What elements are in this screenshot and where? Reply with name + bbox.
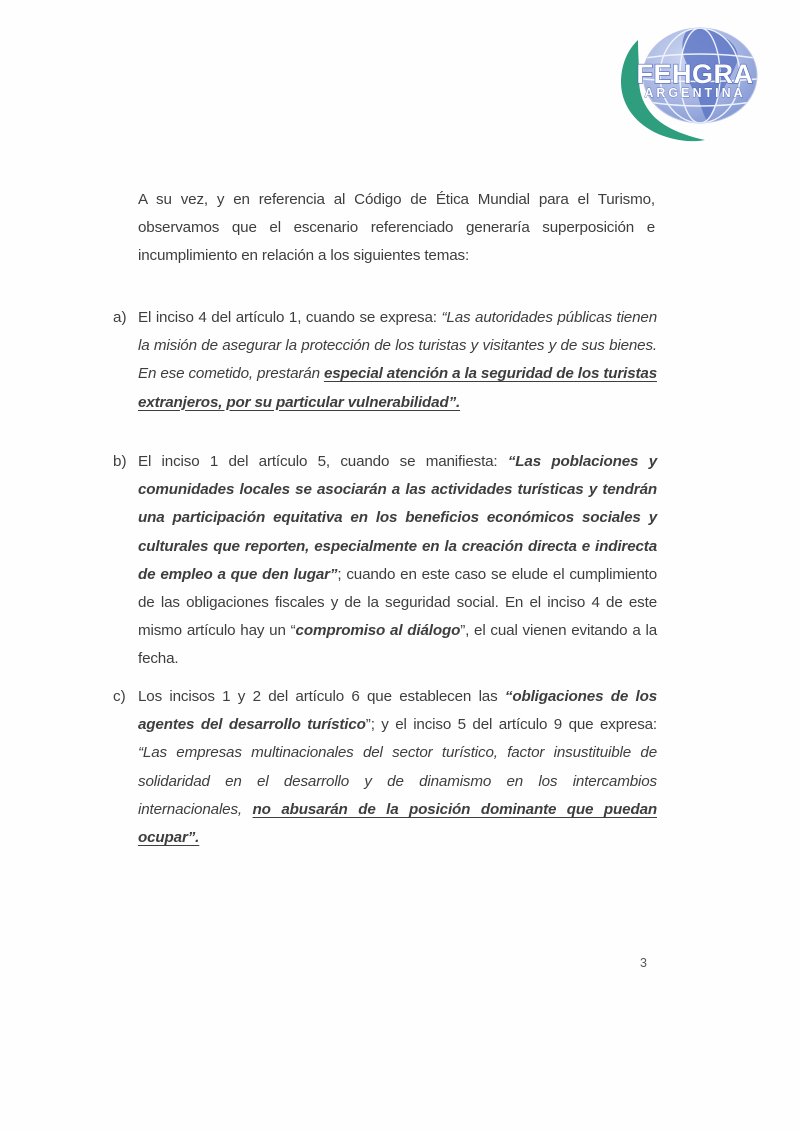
list-item-b-label: b) — [113, 448, 127, 476]
text-segment: El inciso 1 del artículo 5, cuando se ma… — [138, 453, 508, 470]
list-item-a-text: El inciso 4 del artículo 1, cuando se ex… — [138, 304, 657, 417]
text-segment: ”; y el inciso 5 del artículo 9 que expr… — [366, 716, 657, 733]
logo-title: FEHGRA — [637, 59, 754, 89]
text-segment: A su vez, y en referencia al Código de É… — [138, 191, 655, 264]
list-item-c: c) Los incisos 1 y 2 del artículo 6 que … — [113, 683, 657, 852]
list-item-a-label: a) — [113, 304, 127, 332]
text-segment: Los incisos 1 y 2 del artículo 6 que est… — [138, 688, 505, 705]
list-item-c-text: Los incisos 1 y 2 del artículo 6 que est… — [138, 683, 657, 852]
document-page: FEHGRA ARGENTINA A su vez, y en referenc… — [0, 0, 800, 1131]
fehgra-logo: FEHGRA ARGENTINA — [616, 24, 776, 150]
list-item-b: b) El inciso 1 del artículo 5, cuando se… — [113, 448, 657, 674]
logo-subtitle: ARGENTINA — [644, 86, 745, 100]
list-item-a: a) El inciso 4 del artículo 1, cuando se… — [113, 304, 657, 417]
page-number: 3 — [640, 956, 647, 970]
list-item-b-text: El inciso 1 del artículo 5, cuando se ma… — [138, 448, 657, 674]
text-segment: compromiso al diálogo — [296, 622, 461, 639]
text-segment: El inciso 4 del artículo 1, cuando se ex… — [138, 309, 441, 326]
intro-paragraph: A su vez, y en referencia al Código de É… — [138, 186, 655, 271]
text-segment: “Las poblaciones y comunidades locales s… — [138, 453, 657, 583]
list-item-c-label: c) — [113, 683, 126, 711]
scanned-document: { "logo": { "title": "FEHGRA", "subtitle… — [0, 0, 800, 1131]
